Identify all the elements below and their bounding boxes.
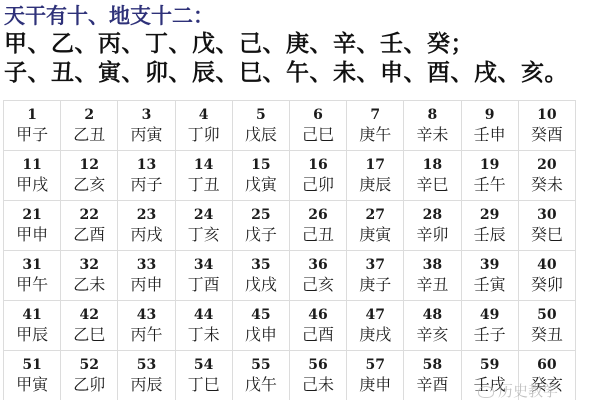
ganzhi-label: 丁未 — [176, 324, 232, 345]
table-row: 31甲午32乙未33丙申34丁酉35戊戌36己亥37庚子38辛丑39壬寅40癸卯 — [4, 251, 576, 301]
cycle-number: 38 — [404, 257, 460, 274]
ganzhi-label: 庚寅 — [347, 224, 403, 245]
table-cell: 18辛巳 — [404, 151, 461, 201]
cycle-number: 2 — [61, 107, 117, 124]
ganzhi-label: 乙卯 — [61, 374, 117, 395]
cycle-number: 50 — [519, 307, 575, 324]
cycle-number: 45 — [233, 307, 289, 324]
ganzhi-label: 丙子 — [118, 174, 174, 195]
ganzhi-label: 甲辰 — [4, 324, 60, 345]
table-cell: 45戊申 — [232, 301, 289, 351]
table-cell: 29壬辰 — [461, 201, 518, 251]
ganzhi-label: 戊申 — [233, 324, 289, 345]
table-cell: 9壬申 — [461, 101, 518, 151]
table-cell: 42乙巳 — [61, 301, 118, 351]
ganzhi-label: 辛亥 — [404, 324, 460, 345]
ganzhi-label: 壬申 — [462, 124, 518, 145]
cycle-number: 28 — [404, 207, 460, 224]
ganzhi-label: 癸未 — [519, 174, 575, 195]
table-cell: 33丙申 — [118, 251, 175, 301]
table-cell: 12乙亥 — [61, 151, 118, 201]
cycle-number: 55 — [233, 357, 289, 374]
cycle-number: 12 — [61, 157, 117, 174]
table-cell: 43丙午 — [118, 301, 175, 351]
table-cell: 49壬子 — [461, 301, 518, 351]
ganzhi-label: 庚辰 — [347, 174, 403, 195]
ganzhi-label: 癸亥 — [519, 374, 575, 395]
table-cell: 17庚辰 — [347, 151, 404, 201]
ganzhi-label: 己未 — [290, 374, 346, 395]
cycle-number: 17 — [347, 157, 403, 174]
table-row: 41甲辰42乙巳43丙午44丁未45戊申46己酉47庚戌48辛亥49壬子50癸丑 — [4, 301, 576, 351]
table-cell: 22乙酉 — [61, 201, 118, 251]
cycle-number: 11 — [4, 157, 60, 174]
cycle-number: 48 — [404, 307, 460, 324]
cycle-number: 26 — [290, 207, 346, 224]
table-cell: 5戊辰 — [232, 101, 289, 151]
table-cell: 58辛酉 — [404, 351, 461, 400]
ganzhi-label: 戊子 — [233, 224, 289, 245]
table-cell: 35戊戌 — [232, 251, 289, 301]
cycle-number: 53 — [118, 357, 174, 374]
sexagenary-cycle-table-container: 1甲子2乙丑3丙寅4丁卯5戊辰6己巳7庚午8辛未9壬申10癸酉11甲戌12乙亥1… — [3, 100, 576, 397]
cycle-number: 24 — [176, 207, 232, 224]
ganzhi-label: 乙未 — [61, 274, 117, 295]
ganzhi-label: 辛酉 — [404, 374, 460, 395]
cycle-number: 7 — [347, 107, 403, 124]
cycle-number: 19 — [462, 157, 518, 174]
table-cell: 57庚申 — [347, 351, 404, 400]
ganzhi-label: 壬子 — [462, 324, 518, 345]
cycle-number: 35 — [233, 257, 289, 274]
cycle-number: 32 — [61, 257, 117, 274]
ganzhi-label: 丁亥 — [176, 224, 232, 245]
table-cell: 13丙子 — [118, 151, 175, 201]
cycle-number: 6 — [290, 107, 346, 124]
table-cell: 11甲戌 — [4, 151, 61, 201]
heavenly-stems-line: 甲、乙、丙、丁、戊、己、庚、辛、壬、癸； — [4, 30, 600, 59]
ganzhi-label: 乙酉 — [61, 224, 117, 245]
table-cell: 14丁丑 — [175, 151, 232, 201]
table-cell: 54丁巳 — [175, 351, 232, 400]
cycle-number: 27 — [347, 207, 403, 224]
table-cell: 19壬午 — [461, 151, 518, 201]
page-title: 天干有十、地支十二： — [4, 2, 600, 30]
cycle-number: 58 — [404, 357, 460, 374]
table-cell: 39壬寅 — [461, 251, 518, 301]
table-cell: 41甲辰 — [4, 301, 61, 351]
ganzhi-label: 辛未 — [404, 124, 460, 145]
cycle-number: 29 — [462, 207, 518, 224]
cycle-number: 36 — [290, 257, 346, 274]
ganzhi-label: 庚戌 — [347, 324, 403, 345]
ganzhi-label: 丁巳 — [176, 374, 232, 395]
table-cell: 4丁卯 — [175, 101, 232, 151]
ganzhi-label: 乙亥 — [61, 174, 117, 195]
ganzhi-label: 辛丑 — [404, 274, 460, 295]
cycle-number: 14 — [176, 157, 232, 174]
cycle-number: 49 — [462, 307, 518, 324]
cycle-number: 54 — [176, 357, 232, 374]
ganzhi-label: 丁丑 — [176, 174, 232, 195]
table-cell: 53丙辰 — [118, 351, 175, 400]
table-cell: 16己卯 — [289, 151, 346, 201]
ganzhi-label: 辛卯 — [404, 224, 460, 245]
ganzhi-label: 甲子 — [4, 124, 60, 145]
cycle-number: 51 — [4, 357, 60, 374]
table-cell: 23丙戌 — [118, 201, 175, 251]
table-cell: 46己酉 — [289, 301, 346, 351]
table-row: 11甲戌12乙亥13丙子14丁丑15戊寅16己卯17庚辰18辛巳19壬午20癸未 — [4, 151, 576, 201]
cycle-number: 23 — [118, 207, 174, 224]
table-cell: 30癸巳 — [518, 201, 575, 251]
table-cell: 48辛亥 — [404, 301, 461, 351]
table-cell: 38辛丑 — [404, 251, 461, 301]
cycle-number: 60 — [519, 357, 575, 374]
cycle-number: 37 — [347, 257, 403, 274]
cycle-number: 16 — [290, 157, 346, 174]
table-cell: 6己巳 — [289, 101, 346, 151]
ganzhi-label: 乙丑 — [61, 124, 117, 145]
table-cell: 50癸丑 — [518, 301, 575, 351]
ganzhi-label: 甲戌 — [4, 174, 60, 195]
cycle-number: 52 — [61, 357, 117, 374]
table-cell: 21甲申 — [4, 201, 61, 251]
cycle-number: 21 — [4, 207, 60, 224]
table-cell: 40癸卯 — [518, 251, 575, 301]
table-cell: 24丁亥 — [175, 201, 232, 251]
cycle-number: 13 — [118, 157, 174, 174]
ganzhi-label: 丙辰 — [118, 374, 174, 395]
ganzhi-label: 戊戌 — [233, 274, 289, 295]
table-cell: 32乙未 — [61, 251, 118, 301]
ganzhi-label: 癸巳 — [519, 224, 575, 245]
cycle-number: 9 — [462, 107, 518, 124]
cycle-number: 25 — [233, 207, 289, 224]
ganzhi-label: 己亥 — [290, 274, 346, 295]
cycle-number: 42 — [61, 307, 117, 324]
cycle-number: 4 — [176, 107, 232, 124]
ganzhi-label: 己丑 — [290, 224, 346, 245]
header: 天干有十、地支十二： 甲、乙、丙、丁、戊、己、庚、辛、壬、癸； 子、丑、寅、卯、… — [4, 2, 600, 88]
table-cell: 55戊午 — [232, 351, 289, 400]
cycle-number: 31 — [4, 257, 60, 274]
earthly-branches-line: 子、丑、寅、卯、辰、巳、午、未、申、酉、戌、亥。 — [4, 59, 600, 88]
ganzhi-label: 壬辰 — [462, 224, 518, 245]
cycle-number: 10 — [519, 107, 575, 124]
ganzhi-label: 庚午 — [347, 124, 403, 145]
ganzhi-label: 甲寅 — [4, 374, 60, 395]
table-cell: 52乙卯 — [61, 351, 118, 400]
cycle-number: 8 — [404, 107, 460, 124]
cycle-number: 18 — [404, 157, 460, 174]
cycle-number: 46 — [290, 307, 346, 324]
ganzhi-label: 丙戌 — [118, 224, 174, 245]
sexagenary-cycle-table: 1甲子2乙丑3丙寅4丁卯5戊辰6己巳7庚午8辛未9壬申10癸酉11甲戌12乙亥1… — [3, 100, 576, 400]
ganzhi-label: 壬寅 — [462, 274, 518, 295]
table-cell: 34丁酉 — [175, 251, 232, 301]
ganzhi-label: 辛巳 — [404, 174, 460, 195]
ganzhi-label: 乙巳 — [61, 324, 117, 345]
table-cell: 59壬戌 — [461, 351, 518, 400]
ganzhi-label: 己卯 — [290, 174, 346, 195]
ganzhi-label: 戊辰 — [233, 124, 289, 145]
ganzhi-label: 癸丑 — [519, 324, 575, 345]
ganzhi-label: 戊午 — [233, 374, 289, 395]
cycle-number: 56 — [290, 357, 346, 374]
ganzhi-label: 甲申 — [4, 224, 60, 245]
ganzhi-label: 丙午 — [118, 324, 174, 345]
table-cell: 1甲子 — [4, 101, 61, 151]
table-cell: 2乙丑 — [61, 101, 118, 151]
table-cell: 20癸未 — [518, 151, 575, 201]
cycle-number: 33 — [118, 257, 174, 274]
table-cell: 15戊寅 — [232, 151, 289, 201]
table-cell: 47庚戌 — [347, 301, 404, 351]
cycle-number: 15 — [233, 157, 289, 174]
table-cell: 44丁未 — [175, 301, 232, 351]
cycle-number: 34 — [176, 257, 232, 274]
ganzhi-label: 丁卯 — [176, 124, 232, 145]
table-cell: 37庚子 — [347, 251, 404, 301]
cycle-number: 22 — [61, 207, 117, 224]
ganzhi-label: 庚申 — [347, 374, 403, 395]
cycle-number: 40 — [519, 257, 575, 274]
cycle-number: 57 — [347, 357, 403, 374]
ganzhi-label: 癸卯 — [519, 274, 575, 295]
ganzhi-label: 癸酉 — [519, 124, 575, 145]
table-cell: 27庚寅 — [347, 201, 404, 251]
ganzhi-label: 丁酉 — [176, 274, 232, 295]
ganzhi-label: 壬午 — [462, 174, 518, 195]
cycle-number: 3 — [118, 107, 174, 124]
cycle-number: 41 — [4, 307, 60, 324]
ganzhi-label: 己巳 — [290, 124, 346, 145]
table-row: 51甲寅52乙卯53丙辰54丁巳55戊午56己未57庚申58辛酉59壬戌60癸亥 — [4, 351, 576, 400]
cycle-number: 44 — [176, 307, 232, 324]
cycle-number: 47 — [347, 307, 403, 324]
cycle-number: 43 — [118, 307, 174, 324]
cycle-number: 30 — [519, 207, 575, 224]
table-cell: 26己丑 — [289, 201, 346, 251]
table-row: 1甲子2乙丑3丙寅4丁卯5戊辰6己巳7庚午8辛未9壬申10癸酉 — [4, 101, 576, 151]
table-cell: 8辛未 — [404, 101, 461, 151]
table-cell: 60癸亥 — [518, 351, 575, 400]
ganzhi-label: 丙申 — [118, 274, 174, 295]
table-cell: 31甲午 — [4, 251, 61, 301]
table-cell: 3丙寅 — [118, 101, 175, 151]
table-cell: 51甲寅 — [4, 351, 61, 400]
ganzhi-label: 壬戌 — [462, 374, 518, 395]
cycle-number: 5 — [233, 107, 289, 124]
table-cell: 7庚午 — [347, 101, 404, 151]
ganzhi-label: 丙寅 — [118, 124, 174, 145]
ganzhi-label: 己酉 — [290, 324, 346, 345]
cycle-number: 1 — [4, 107, 60, 124]
table-cell: 10癸酉 — [518, 101, 575, 151]
cycle-number: 20 — [519, 157, 575, 174]
cycle-number: 59 — [462, 357, 518, 374]
table-cell: 25戊子 — [232, 201, 289, 251]
ganzhi-label: 戊寅 — [233, 174, 289, 195]
table-cell: 56己未 — [289, 351, 346, 400]
ganzhi-label: 甲午 — [4, 274, 60, 295]
table-cell: 28辛卯 — [404, 201, 461, 251]
table-row: 21甲申22乙酉23丙戌24丁亥25戊子26己丑27庚寅28辛卯29壬辰30癸巳 — [4, 201, 576, 251]
ganzhi-label: 庚子 — [347, 274, 403, 295]
cycle-number: 39 — [462, 257, 518, 274]
table-cell: 36己亥 — [289, 251, 346, 301]
